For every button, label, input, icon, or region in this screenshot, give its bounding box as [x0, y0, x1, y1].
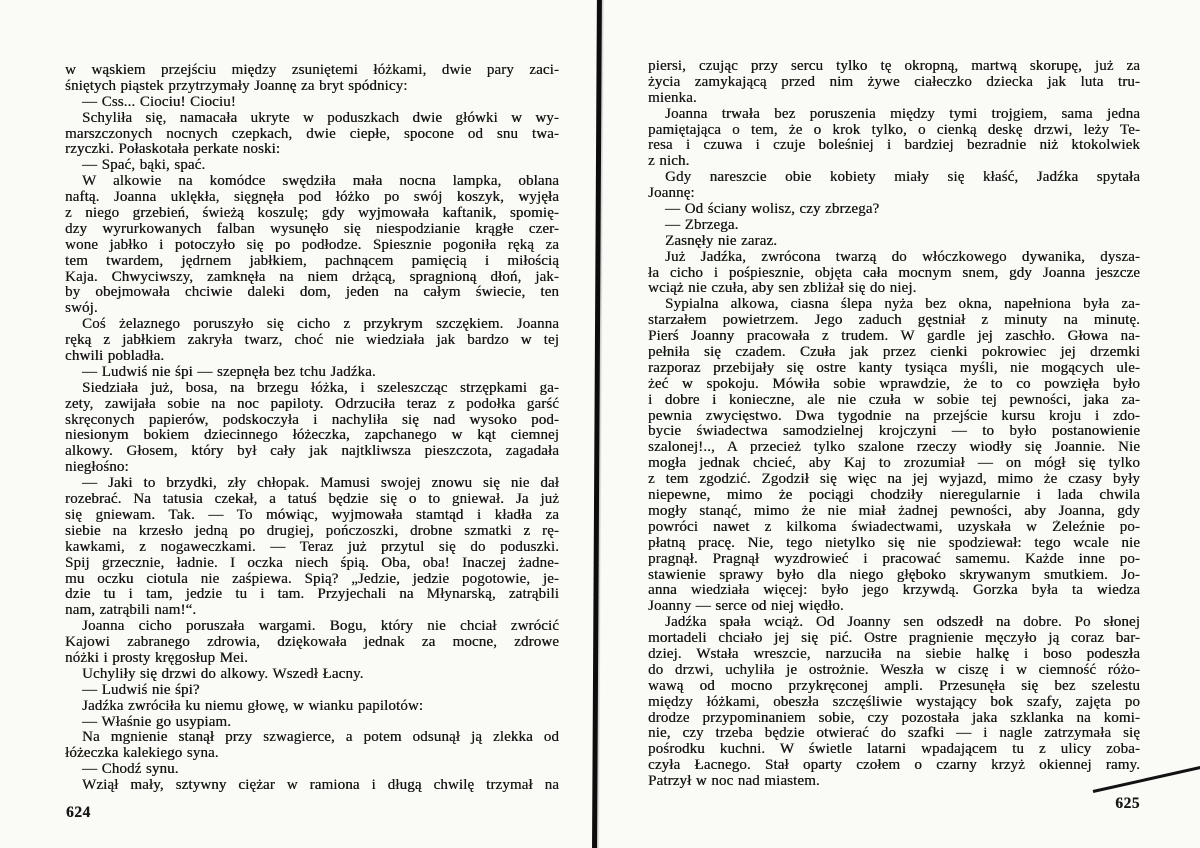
text-line: do drzwi, uchyliła je ostrożnie. Weszła … — [648, 663, 1140, 679]
text-line: życia zamykającą przed nim żywe ciałeczk… — [648, 75, 1140, 91]
page-left-text: w wąskiem przejściu między zsuniętemi łó… — [65, 63, 559, 794]
text-line: starzałem powietrzem. Jego zaduch gęstni… — [648, 313, 1140, 329]
page-right-text: piersi, czując przy sercu tylko tę okrop… — [648, 59, 1140, 790]
text-line: powróci nawet z kilkoma świadectwami, uz… — [648, 520, 1140, 536]
book-spread: w wąskiem przejściu między zsuniętemi łó… — [0, 0, 1200, 848]
text-line: Coś żelaznego poruszyło się cicho z przy… — [65, 317, 559, 333]
text-line: dziej. Wstała wreszcie, narzuciła na sie… — [648, 647, 1140, 663]
text-line: czyła Łacnego. Stał oparty czołem o czar… — [648, 758, 1140, 774]
text-line: wawą od mocno przykręconej ampli. Przesu… — [648, 679, 1140, 695]
text-line: — Chodź synu. — [65, 762, 559, 778]
text-line: Pierś Joanny pracowała z trudem. W gardl… — [648, 329, 1140, 345]
text-line: drodze przypominaniem sobie, czy pozosta… — [648, 711, 1140, 727]
text-line: — Zbrzega. — [648, 218, 1140, 234]
text-line: Kajowi zabranego zdrowia, dziękowała jed… — [65, 635, 559, 651]
page-number-right: 625 — [648, 795, 1140, 813]
text-line: pośrodku kuchni. W świetle latarni wpada… — [648, 742, 1140, 758]
text-line: Sypialna alkowa, ciasna ślepa nyża bez o… — [648, 297, 1140, 313]
text-line: skręconych papierów, podskoczyła i nachy… — [65, 413, 559, 429]
text-line: Joannę: — [648, 186, 1140, 202]
text-line: by obejmowała chciwie daleki dom, jeden … — [65, 285, 559, 301]
text-line: mortadeli chciało jej się pić. Ostre pra… — [648, 631, 1140, 647]
text-line: Joanna cicho poruszała wargami. Bogu, kt… — [65, 619, 559, 635]
text-line: kawkami, z nogaweczkami. — Teraz już prz… — [65, 540, 559, 556]
text-line: alkowy. Głosem, który był cały jak najtk… — [65, 444, 559, 460]
text-line: Kaja. Chwyciwszy, zamknęła na niem drżąc… — [65, 270, 559, 286]
text-line: z niego grzebień, świeżą koszulę; gdy wy… — [65, 206, 559, 222]
text-line: Wziął mały, sztywny ciężar w ramiona i d… — [65, 778, 559, 794]
text-line: Uchyliły się drzwi do alkowy. Wszedł Łac… — [65, 667, 559, 683]
text-line: się gniewam. Tak. — To mówiąc, wyjmowała… — [65, 508, 559, 524]
text-line: stawienie sprawy było dla niego głęboko … — [648, 568, 1140, 584]
text-line: dzie tu i tam, jedzie tu i tam. Przyjech… — [65, 587, 559, 603]
text-line: w wąskiem przejściu między zsuniętemi łó… — [65, 63, 559, 79]
text-line: pamiętająca o tem, że o krok tylko, o ci… — [648, 123, 1140, 139]
text-line: piersi, czując przy sercu tylko tę okrop… — [648, 59, 1140, 75]
text-line: Na mgnienie stanął przy szwagierce, a po… — [65, 730, 559, 746]
text-line: rozebrać. Na tatusia czekał, a tatuś będ… — [65, 492, 559, 508]
text-line: Już Jadźka, zwrócona twarzą do włóczkowe… — [648, 250, 1140, 266]
text-line: mienka. — [648, 91, 1140, 107]
text-line: Śpij grzecznie, ładnie. I oczka niech śp… — [65, 556, 559, 572]
text-line: dzy wyrurkowanych falban wysunęło się ni… — [65, 222, 559, 238]
text-line: resa i czuwa i czuje boleśniej i bardzie… — [648, 138, 1140, 154]
text-line: Jadźka zwróciła ku niemu głowę, w wianku… — [65, 699, 559, 715]
text-line: nóżki i prosty kręgosłup Mei. — [65, 651, 559, 667]
text-line: ręką z jabłkiem zakryła twarz, choć nie … — [65, 333, 559, 349]
text-line: — Ludwiś nie śpi? — [65, 683, 559, 699]
text-line: Joanny — serce od niej więdło. — [648, 599, 1140, 615]
text-line: szalonej!.., A przecież tylko szalone rz… — [648, 440, 1140, 456]
text-line: razporaz przebijały się ostre kanty tysi… — [648, 361, 1140, 377]
text-line: siebie na krzesło jedną po drugiej, pońc… — [65, 524, 559, 540]
text-line: płatną pracę. Nie, tego nietylko się nie… — [648, 536, 1140, 552]
book-spine-line — [592, 0, 602, 848]
text-line: zety, zawijała sobie na noc papiloty. Od… — [65, 397, 559, 413]
text-line: nie, czy trzeba będzie otwierać do szafk… — [648, 726, 1140, 742]
text-line: Siedziała już, bosa, na brzegu łóżka, i … — [65, 381, 559, 397]
text-line: — Jaki to brzydki, zły chłopak. Mamusi s… — [65, 476, 559, 492]
text-line: Gdy nareszcie obie kobiety miały się kła… — [648, 170, 1140, 186]
text-line: Zasnęły nie zaraz. — [648, 234, 1140, 250]
text-line: mogła jednak chcieć, aby Kaj to zrozumia… — [648, 456, 1140, 472]
text-line: tem twardem, jędrnem jabłkiem, pachnącem… — [65, 254, 559, 270]
text-line: niesionym bokiem dziecinnego łóżeczka, z… — [65, 428, 559, 444]
page-number-left: 624 — [66, 804, 91, 822]
text-line: śniętych piąstek przytrzymały Joannę za … — [65, 79, 559, 95]
text-line: chwili pobladła. — [65, 349, 559, 365]
text-line: pragnął. Pragnął wyzdrowieć i pracować s… — [648, 552, 1140, 568]
text-line: — Ludwiś nie śpi — szepnęła bez tchu Jad… — [65, 365, 559, 381]
text-line: bycie świadectwa samodzielnej krojczyni … — [648, 424, 1140, 440]
text-line: Joanna trwała bez poruszenia między tymi… — [648, 107, 1140, 123]
text-line: swój. — [65, 301, 559, 317]
text-line: mu oczku ciotula nie zaśpiewa. Śpią? „Je… — [65, 572, 559, 588]
text-line: żeć w spokoju. Mówiła sobie wprawdzie, ż… — [648, 377, 1140, 393]
text-line: rzyczki. Połaskotała perkate noski: — [65, 142, 559, 158]
text-line: nam, zatrąbili nam!“. — [65, 603, 559, 619]
text-line: Jadźka spała wciąż. Od Joanny sen odszed… — [648, 615, 1140, 631]
text-line: — Od ściany wolisz, czy zbrzega? — [648, 202, 1140, 218]
text-line: z tem zgodzić. Zgodził się więc na jej w… — [648, 472, 1140, 488]
text-line: marszczonych nocnych czepkach, dwie ciep… — [65, 127, 559, 143]
text-line: wone jabłko i potoczyło się po podłodze.… — [65, 238, 559, 254]
text-line: Patrzył w noc nad miastem. — [648, 774, 1140, 790]
text-line: Schyliła się, namacała ukryte w poduszka… — [65, 111, 559, 127]
text-line: pełniła się czadem. Czuła jak przez cien… — [648, 345, 1140, 361]
text-line: W alkowie na komódce swędziła mała nocna… — [65, 174, 559, 190]
text-line: anna wiedziała więcej: było jego krzywdą… — [648, 583, 1140, 599]
text-line: łóżeczka kalekiego syna. — [65, 746, 559, 762]
text-line: pewnia zwycięstwo. Dwa tygodnie na przej… — [648, 409, 1140, 425]
text-line: — Spać, bąki, spać. — [65, 158, 559, 174]
text-line: — Css... Ciociu! Ciociu! — [65, 95, 559, 111]
text-line: i dobre i konieczne, ale nie czuła w sob… — [648, 393, 1140, 409]
text-line: naftą. Joanna uklękła, sięgnęła pod łóżk… — [65, 190, 559, 206]
text-line: z nich. — [648, 154, 1140, 170]
text-line: — Właśnie go usypiam. — [65, 715, 559, 731]
text-line: niegłośno: — [65, 460, 559, 476]
text-line: wciąż nie czuła, aby sen zbliżał się do … — [648, 281, 1140, 297]
text-line: ła cicho i pośpiesznie, objęta cała mocn… — [648, 266, 1140, 282]
text-line: niepewne, mimo że pociągi chodziły niere… — [648, 488, 1140, 504]
text-line: między łóżkami, obeszła szczęśliwie wyst… — [648, 695, 1140, 711]
text-line: mogły stanąć, mimo że nie miał żadnej pe… — [648, 504, 1140, 520]
